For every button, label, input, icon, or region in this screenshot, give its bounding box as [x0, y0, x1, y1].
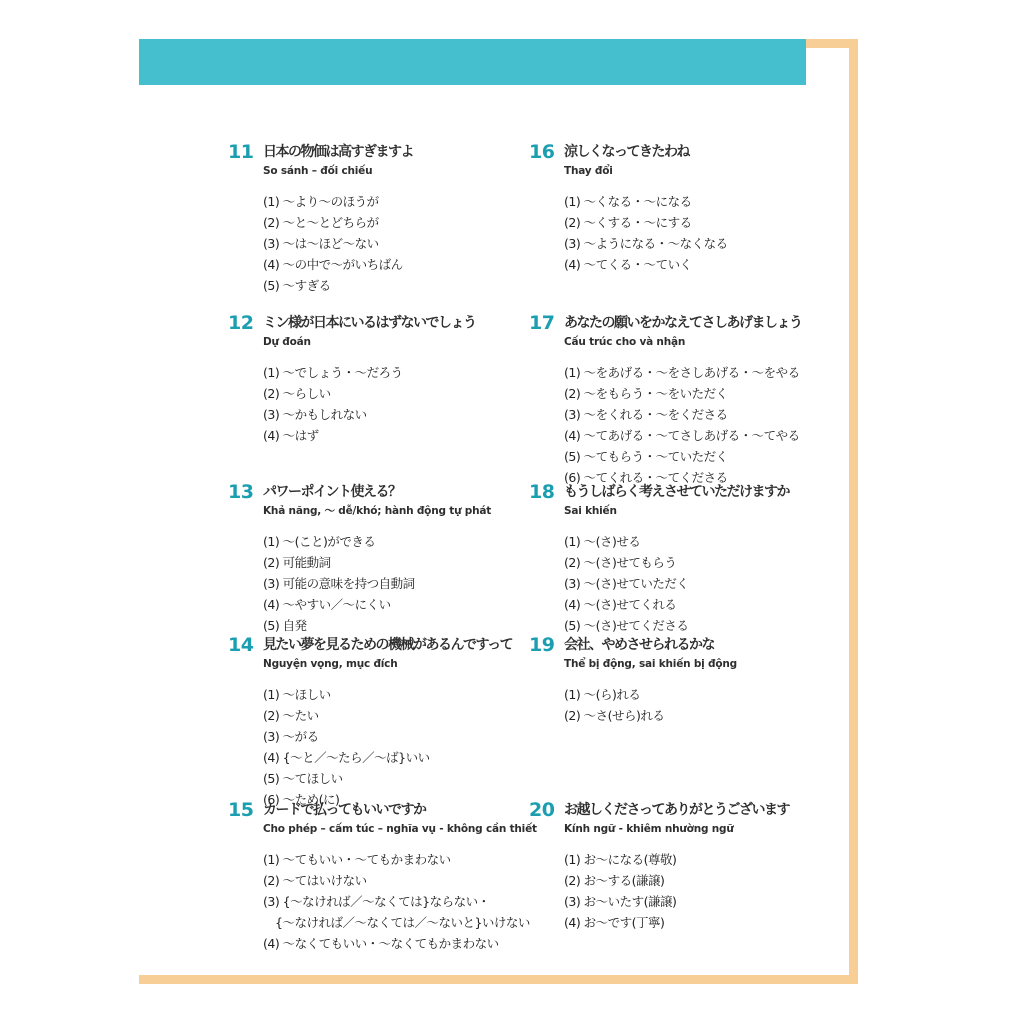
- section-subtitle: Cho phép – cấm túc – nghĩa vụ - không cầ…: [263, 822, 537, 837]
- grammar-item: (4) ～てくる・～ていく: [564, 254, 728, 275]
- grammar-item: (5) 自発: [263, 615, 491, 636]
- grammar-item: (2) ～(さ)せてもらう: [564, 552, 789, 573]
- section-body: あなたの願いをかなえてさしあげましょうCấu trúc cho và nhận(…: [564, 313, 802, 488]
- section-subtitle: Thay đổi: [564, 164, 728, 179]
- grammar-item: (2) ～をもらう・～をいただく: [564, 383, 802, 404]
- grammar-item: {～なければ／～なくては／～ないと}いけない: [263, 912, 537, 933]
- section-16: 16涼しくなってきたわねThay đổi(1) ～くなる・～になる(2) ～くす…: [529, 142, 728, 275]
- grammar-item: (4) ～やすい／～にくい: [263, 594, 491, 615]
- grammar-item: (3) {～なければ／～なくては}ならない・: [263, 891, 537, 912]
- section-title: カードで払ってもいいですか: [263, 800, 537, 820]
- toc-content: 11日本の物価は高すぎますよSo sánh – đối chiếu(1) ～より…: [0, 0, 1024, 1024]
- section-title: パワーポイント使える？: [263, 482, 491, 502]
- grammar-item: (5) ～てほしい: [263, 768, 512, 789]
- section-body: 日本の物価は高すぎますよSo sánh – đối chiếu(1) ～より～の…: [263, 142, 413, 296]
- grammar-item-list: (1) ～(こと)ができる(2) 可能動詞(3) 可能の意味を持つ自動詞(4) …: [263, 531, 491, 636]
- grammar-item: (1) ～ほしい: [263, 684, 512, 705]
- grammar-item: (4) {～と／～たら／～ば}いい: [263, 747, 512, 768]
- grammar-item: (2) 可能動詞: [263, 552, 491, 573]
- section-subtitle: Nguyện vọng, mục đích: [263, 657, 512, 672]
- grammar-item: (3) 可能の意味を持つ自動詞: [263, 573, 491, 594]
- section-number: 15: [228, 800, 254, 820]
- grammar-item: (3) ～(さ)せていただく: [564, 573, 789, 594]
- section-title: もうしばらく考えさせていただけますか: [564, 482, 789, 502]
- grammar-item: (3) ～かもしれない: [263, 404, 476, 425]
- section-18: 18もうしばらく考えさせていただけますかSai khiến(1) ～(さ)せる(…: [529, 482, 789, 636]
- section-number: 17: [529, 313, 555, 333]
- section-subtitle: Dự đoán: [263, 335, 476, 350]
- section-subtitle: Sai khiến: [564, 504, 789, 519]
- grammar-item: (1) ～でしょう・～だろう: [263, 362, 476, 383]
- section-subtitle: Kính ngữ - khiêm nhường ngữ: [564, 822, 789, 837]
- grammar-item: (2) お～する(謙譲): [564, 870, 789, 891]
- section-body: パワーポイント使える？Khả năng, ～ dễ/khó; hành động…: [263, 482, 491, 636]
- section-number: 11: [228, 142, 254, 162]
- section-title: 見たい夢を見るための機械があるんですって: [263, 635, 512, 655]
- grammar-item: (4) お～です(丁寧): [564, 912, 789, 933]
- section-13: 13パワーポイント使える？Khả năng, ～ dễ/khó; hành độ…: [228, 482, 491, 636]
- section-body: ミン様が日本にいるはずないでしょうDự đoán(1) ～でしょう・～だろう(2…: [263, 313, 476, 446]
- grammar-item: (3) ～ようになる・～なくなる: [564, 233, 728, 254]
- grammar-item: (2) ～と～とどちらが: [263, 212, 413, 233]
- section-title: お越しくださってありがとうございます: [564, 800, 789, 820]
- section-body: もうしばらく考えさせていただけますかSai khiến(1) ～(さ)せる(2)…: [564, 482, 789, 636]
- section-subtitle: Khả năng, ～ dễ/khó; hành động tự phát: [263, 504, 491, 519]
- grammar-item: (1) ～くなる・～になる: [564, 191, 728, 212]
- grammar-item: (1) ～(さ)せる: [564, 531, 789, 552]
- grammar-item: (2) ～くする・～にする: [564, 212, 728, 233]
- section-subtitle: So sánh – đối chiếu: [263, 164, 413, 179]
- section-number: 19: [529, 635, 555, 655]
- grammar-item-list: (1) ～(さ)せる(2) ～(さ)せてもらう(3) ～(さ)せていただく(4)…: [564, 531, 789, 636]
- section-title: ミン様が日本にいるはずないでしょう: [263, 313, 476, 333]
- grammar-item-list: (1) ～より～のほうが(2) ～と～とどちらが(3) ～は～ほど～ない(4) …: [263, 191, 413, 296]
- grammar-item: (2) ～てはいけない: [263, 870, 537, 891]
- section-number: 13: [228, 482, 254, 502]
- grammar-item: (2) ～たい: [263, 705, 512, 726]
- grammar-item: (2) ～らしい: [263, 383, 476, 404]
- section-title: 会社、やめさせられるかな: [564, 635, 737, 655]
- section-subtitle: Thể bị động, sai khiến bị động: [564, 657, 737, 672]
- grammar-item: (1) ～(ら)れる: [564, 684, 737, 705]
- section-body: 涼しくなってきたわねThay đổi(1) ～くなる・～になる(2) ～くする・…: [564, 142, 728, 275]
- grammar-item-list: (1) ～(ら)れる(2) ～さ(せら)れる: [564, 684, 737, 726]
- grammar-item: (3) ～は～ほど～ない: [263, 233, 413, 254]
- grammar-item: (4) ～なくてもいい・～なくてもかまわない: [263, 933, 537, 954]
- section-body: カードで払ってもいいですかCho phép – cấm túc – nghĩa …: [263, 800, 537, 954]
- section-subtitle: Cấu trúc cho và nhận: [564, 335, 802, 350]
- grammar-item: (5) ～てもらう・～ていただく: [564, 446, 802, 467]
- grammar-item: (1) ～てもいい・～てもかまわない: [263, 849, 537, 870]
- section-19: 19会社、やめさせられるかなThể bị động, sai khiến bị …: [529, 635, 737, 726]
- book-page: 11日本の物価は高すぎますよSo sánh – đối chiếu(1) ～より…: [0, 0, 1024, 1024]
- grammar-item: (5) ～すぎる: [263, 275, 413, 296]
- section-20: 20お越しくださってありがとうございますKính ngữ - khiêm như…: [529, 800, 789, 933]
- grammar-item-list: (1) ～くなる・～になる(2) ～くする・～にする(3) ～ようになる・～なく…: [564, 191, 728, 275]
- section-15: 15カードで払ってもいいですかCho phép – cấm túc – nghĩ…: [228, 800, 537, 954]
- section-number: 18: [529, 482, 555, 502]
- section-11: 11日本の物価は高すぎますよSo sánh – đối chiếu(1) ～より…: [228, 142, 413, 296]
- grammar-item-list: (1) お～になる(尊敬)(2) お～する(謙譲)(3) お～いたす(謙譲)(4…: [564, 849, 789, 933]
- grammar-item: (3) ～がる: [263, 726, 512, 747]
- grammar-item: (2) ～さ(せら)れる: [564, 705, 737, 726]
- section-body: 会社、やめさせられるかなThể bị động, sai khiến bị độ…: [564, 635, 737, 726]
- section-number: 12: [228, 313, 254, 333]
- grammar-item: (5) ～(さ)せてくださる: [564, 615, 789, 636]
- grammar-item: (4) ～てあげる・～てさしあげる・～てやる: [564, 425, 802, 446]
- grammar-item: (3) お～いたす(謙譲): [564, 891, 789, 912]
- section-14: 14見たい夢を見るための機械があるんですってNguyện vọng, mục đ…: [228, 635, 512, 810]
- grammar-item-list: (1) ～でしょう・～だろう(2) ～らしい(3) ～かもしれない(4) ～はず: [263, 362, 476, 446]
- section-title: 日本の物価は高すぎますよ: [263, 142, 413, 162]
- section-number: 16: [529, 142, 555, 162]
- section-body: お越しくださってありがとうございますKính ngữ - khiêm nhườn…: [564, 800, 789, 933]
- grammar-item: (4) ～の中で～がいちばん: [263, 254, 413, 275]
- grammar-item: (1) ～をあげる・～をさしあげる・～をやる: [564, 362, 802, 383]
- grammar-item: (4) ～はず: [263, 425, 476, 446]
- grammar-item-list: (1) ～てもいい・～てもかまわない(2) ～てはいけない(3) {～なければ／…: [263, 849, 537, 954]
- section-body: 見たい夢を見るための機械があるんですってNguyện vọng, mục đíc…: [263, 635, 512, 810]
- section-17: 17あなたの願いをかなえてさしあげましょうCấu trúc cho và nhậ…: [529, 313, 802, 488]
- grammar-item-list: (1) ～をあげる・～をさしあげる・～をやる(2) ～をもらう・～をいただく(3…: [564, 362, 802, 488]
- section-title: 涼しくなってきたわね: [564, 142, 728, 162]
- grammar-item: (1) ～(こと)ができる: [263, 531, 491, 552]
- grammar-item: (3) ～をくれる・～をくださる: [564, 404, 802, 425]
- grammar-item: (4) ～(さ)せてくれる: [564, 594, 789, 615]
- section-title: あなたの願いをかなえてさしあげましょう: [564, 313, 802, 333]
- grammar-item-list: (1) ～ほしい(2) ～たい(3) ～がる(4) {～と／～たら／～ば}いい(…: [263, 684, 512, 810]
- grammar-item: (1) ～より～のほうが: [263, 191, 413, 212]
- grammar-item: (1) お～になる(尊敬): [564, 849, 789, 870]
- section-12: 12ミン様が日本にいるはずないでしょうDự đoán(1) ～でしょう・～だろう…: [228, 313, 476, 446]
- section-number: 14: [228, 635, 254, 655]
- section-number: 20: [529, 800, 555, 820]
